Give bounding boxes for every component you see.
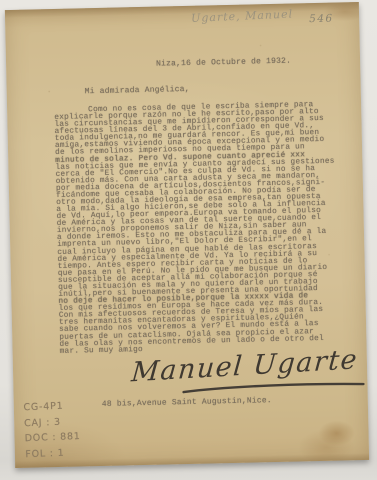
archive-annotations: CG-4P1 CAJ : 3 DOC : 881 FOL : 1 <box>23 398 81 462</box>
signature-block: Manuel Ugarte <box>116 338 375 406</box>
signature-text: Manuel Ugarte <box>129 344 359 388</box>
letter-body: Como no es cosa de que le escriba siempr… <box>54 101 362 356</box>
archive-doc: DOC : 881 <box>24 429 81 447</box>
letter-date: Niza,16 de Octubre de 1932. <box>156 57 291 69</box>
scanned-letter-page: { "page": { "archive_number": "546", "he… <box>0 0 377 480</box>
archive-page-number: 546 <box>309 13 334 26</box>
letter-paper: Ugarte, Manuel 546 Niza,16 de Octubre de… <box>5 2 369 468</box>
handwritten-author-annotation: Ugarte, Manuel <box>191 7 294 24</box>
archive-fol: FOL : 1 <box>25 444 82 462</box>
signature-graphic: Manuel Ugarte <box>116 338 375 406</box>
signature-underline <box>183 383 363 392</box>
letter-salutation: Mi admirada Angélica, <box>85 85 190 96</box>
